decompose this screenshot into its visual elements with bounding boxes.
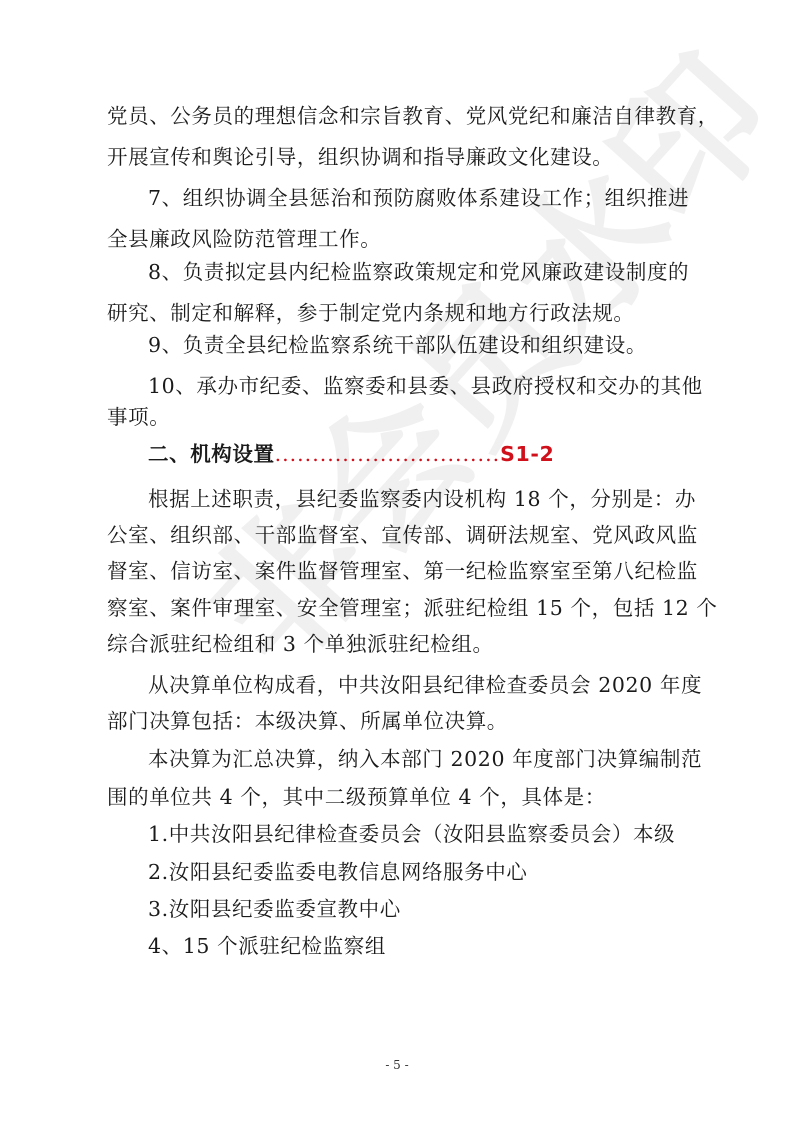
unit-list-item: 3.汝阳县纪委监委宣教中心: [148, 895, 738, 923]
paragraph-line: 公室、组织部、干部监督室、宣传部、调研法规室、党风政风监: [107, 521, 697, 549]
paragraph-line: 本决算为汇总决算，纳入本部门 2020 年度部门决算编制范: [148, 745, 738, 773]
paragraph-line: 研究、制定和解释，参于制定党内条规和地方行政法规。: [107, 299, 697, 327]
section-heading-title: 二、机构设置: [148, 442, 275, 466]
paragraph-line: 7、组织协调全县惩治和预防腐败体系建设工作；组织推进: [148, 184, 738, 212]
paragraph-line: 全县廉政风险防范管理工作。: [107, 225, 697, 253]
section-heading[interactable]: 二、机构设置..............................S1-2: [148, 440, 738, 468]
paragraph-line: 事项。: [107, 403, 697, 431]
paragraph-line: 开展宣传和舆论引导，组织协调和指导廉政文化建设。: [107, 143, 697, 171]
unit-list-item: 1.中共汝阳县纪律检查委员会（汝阳县监察委员会）本级: [148, 820, 738, 848]
page-number: - 5 -: [0, 1058, 794, 1072]
paragraph-line: 部门决算包括：本级决算、所属单位决算。: [107, 707, 697, 735]
paragraph-line: 9、负责全县纪检监察系统干部队伍建设和组织建设。: [148, 331, 738, 359]
paragraph-line: 督室、信访室、案件监督管理室、第一纪检监察室至第八纪检监: [107, 557, 697, 585]
unit-list-item: 4、15 个派驻纪检监察组: [148, 932, 738, 960]
paragraph-line: 围的单位共 4 个，其中二级预算单位 4 个，具体是：: [107, 783, 697, 811]
paragraph-line: 8、负责拟定县内纪检监察政策规定和党风廉政建设制度的: [148, 258, 738, 286]
unit-list-item: 2.汝阳县纪委监委电教信息网络服务中心: [148, 858, 738, 886]
paragraph-line: 察室、案件审理室、安全管理室；派驻纪检组 15 个，包括 12 个: [107, 594, 697, 622]
toc-reference-link[interactable]: S1-2: [500, 442, 554, 466]
paragraph-line: 党员、公务员的理想信念和宗旨教育、党风党纪和廉洁自律教育，: [107, 102, 697, 130]
paragraph-line: 综合派驻纪检组和 3 个单独派驻纪检组。: [107, 630, 697, 658]
document-page: 非会员水印 党员、公务员的理想信念和宗旨教育、党风党纪和廉洁自律教育， 开展宣传…: [0, 0, 794, 1123]
paragraph-line: 10、承办市纪委、监察委和县委、县政府授权和交办的其他: [148, 372, 738, 400]
toc-leader-dots: ..............................: [275, 442, 501, 466]
paragraph-line: 根据上述职责，县纪委监察委内设机构 18 个，分别是：办: [148, 485, 738, 513]
paragraph-line: 从决算单位构成看，中共汝阳县纪律检查委员会 2020 年度: [148, 671, 738, 699]
